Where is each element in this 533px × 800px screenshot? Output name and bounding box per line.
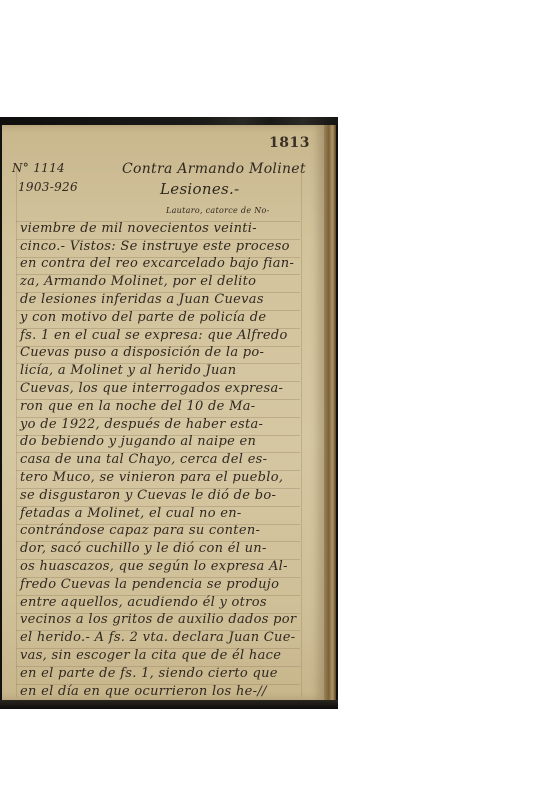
handwritten-line-text: en el día en que ocurrieron los he-//: [16, 682, 300, 702]
page-stack-edge: [324, 125, 336, 700]
page-number: 1813: [269, 135, 310, 151]
bottom-frame-shadow: [0, 700, 338, 709]
ledger-photo: 1813 N° 1114 1903-926 Contra Armando Mol…: [0, 117, 338, 709]
ledger-page: 1813 N° 1114 1903-926 Contra Armando Mol…: [2, 125, 324, 700]
top-frame-shadow: [0, 117, 338, 125]
